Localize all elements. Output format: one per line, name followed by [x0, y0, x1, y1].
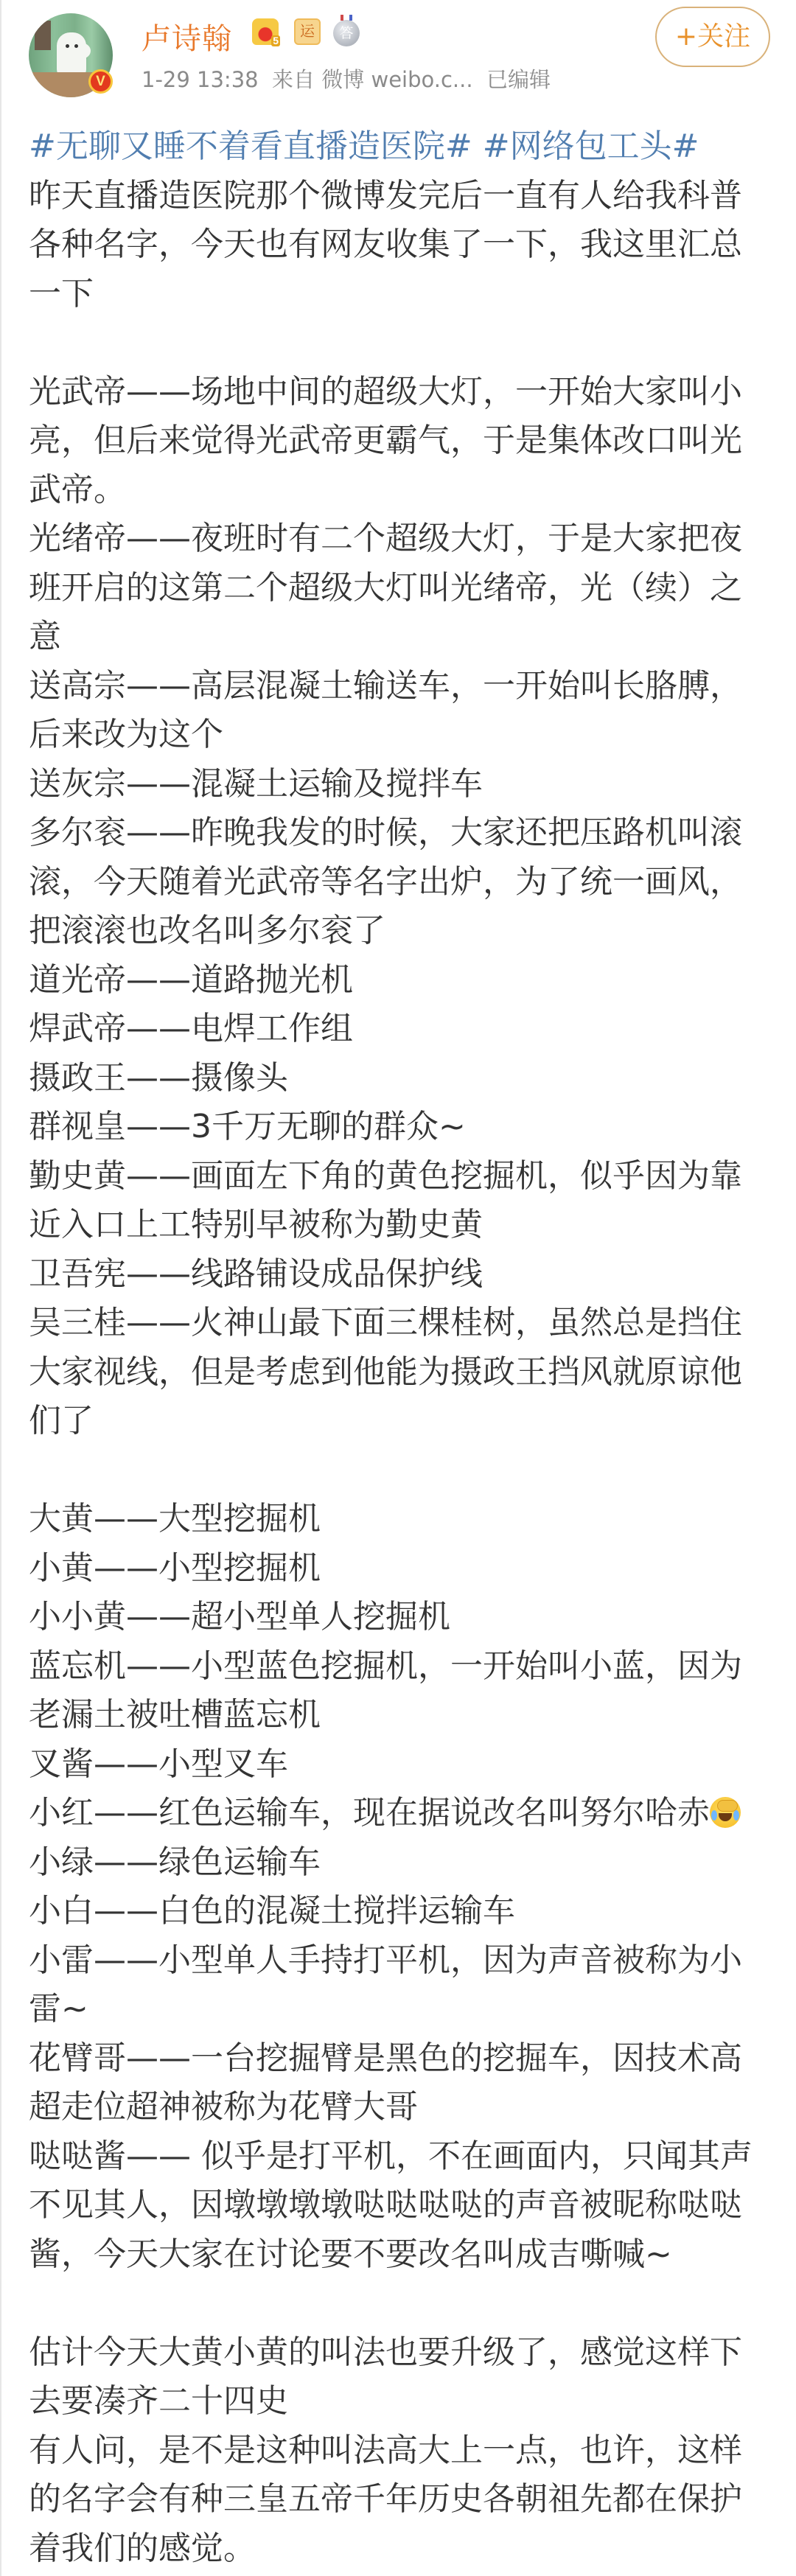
post-text-line: 近入口上工特别早被称为勤史黄 [29, 1201, 773, 1250]
follow-button[interactable]: +关注 [655, 7, 770, 67]
post-text: 意 [29, 618, 61, 655]
post-text: 群视皇——3千万无聊的群众~ [29, 1108, 466, 1145]
post-text: 多尔衮——昨晚我发的时候，大家还把压路机叫滚 [29, 814, 742, 851]
post-text-line: 估计今天大黄小黄的叫法也要升级了，感觉这样下 [29, 2328, 773, 2378]
post-content: #无聊又睡不着看直播造医院# #网络包工头# 昨天直播造医院那个微博发完后一直有… [29, 122, 773, 2573]
post-text-line: 道光帝——道路抛光机 [29, 956, 773, 1005]
post-body: 昨天直播造医院那个微博发完后一直有人给我科普各种名字，今天也有网友收集了一下，我… [29, 172, 773, 2574]
post-text: 大黄——大型挖掘机 [29, 1500, 321, 1537]
vip-crown-icon[interactable]: 5 [252, 18, 279, 45]
post-text-line: 卫吾宪——线路铺设成品保护线 [29, 1250, 773, 1299]
post-text: 送灰宗——混凝土运输及搅拌车 [29, 765, 483, 803]
post-text-line: 小雷——小型单人手持打平机，因为声音被称为小 [29, 1936, 773, 1986]
hashtag-link[interactable]: #无聊又睡不着看直播造医院# [29, 128, 472, 165]
medal-ribbon [341, 15, 352, 21]
post-text-line: 大黄——大型挖掘机 [29, 1495, 773, 1544]
post-text-line: 着我们的感觉。 [29, 2524, 773, 2574]
answer-medal-label: 答 [339, 25, 353, 41]
post-text: 昨天直播造医院那个微博发完后一直有人给我科普 [29, 177, 742, 214]
post-text: 卫吾宪——线路铺设成品保护线 [29, 1255, 483, 1293]
post-text: 把滚滚也改名叫多尔衮了 [29, 912, 385, 949]
post-text: 小白——白色的混凝土搅拌运输车 [29, 1892, 515, 1930]
author-name[interactable]: 卢诗翰 [142, 21, 232, 57]
post-text: 近入口上工特别早被称为勤史黄 [29, 1206, 483, 1243]
avatar-picture-frame [35, 21, 51, 50]
post-text: 小小黄——超小型单人挖掘机 [29, 1598, 450, 1636]
post-text-line: 花臂哥——一台挖掘臂是黑色的挖掘车，因技术高 [29, 2034, 773, 2084]
post-text-line: 光绪帝——夜班时有二个超级大灯，于是大家把夜 [29, 514, 773, 564]
edited-label[interactable]: 已编辑 [486, 67, 551, 92]
post-text-line: 光武帝——场地中间的超级大灯，一开始大家叫小 [29, 368, 773, 417]
post-text: 去要凑齐二十四史 [29, 2382, 288, 2420]
post-text-line: 吴三桂——火神山最下面三棵桂树，虽然总是挡住 [29, 1299, 773, 1348]
post-source[interactable]: 来自 微博 weibo.c... [272, 67, 473, 92]
post-text: 各种名字，今天也有网友收集了一下，我这里汇总 [29, 226, 742, 263]
blank-line [29, 318, 773, 368]
hashtag-line: #无聊又睡不着看直播造医院# #网络包工头# [29, 122, 773, 172]
post-text-line: 蓝忘机——小型蓝色挖掘机，一开始叫小蓝，因为 [29, 1642, 773, 1692]
post-text: 一下 [29, 275, 94, 313]
post-text-line: 后来改为这个 [29, 711, 773, 760]
post-text-line: 一下 [29, 270, 773, 319]
post-text-line: 小绿——绿色运输车 [29, 1838, 773, 1888]
post-text-line: 小黄——小型挖掘机 [29, 1544, 773, 1594]
post-text-line: 的名字会有种三皇五帝千年历史各朝祖先都在保护 [29, 2475, 773, 2524]
post-text: 道光帝——道路抛光机 [29, 961, 353, 999]
post-text-line: 去要凑齐二十四史 [29, 2377, 773, 2426]
post-text-line: 雷~ [29, 1985, 773, 2034]
post-text-line: 小红——红色运输车，现在据说改名叫努尔哈赤 [29, 1789, 773, 1838]
post-text-line: 班开启的这第二个超级大灯叫光绪帝，光（续）之 [29, 564, 773, 613]
post-text: 雷~ [29, 1990, 88, 2028]
blank-line [29, 2279, 773, 2328]
post-text: 老漏土被吐槽蓝忘机 [29, 1696, 321, 1734]
post-text-line: 酱，今天大家在讨论要不要改名叫成吉嘶喊~ [29, 2230, 773, 2280]
post-text-line: 昨天直播造医院那个微博发完后一直有人给我科普 [29, 172, 773, 221]
blank-line [29, 1446, 773, 1495]
answer-medal-icon[interactable]: 答 [333, 20, 360, 46]
post-text-line: 滚，今天随着光武帝等名字出炉，为了统一画风， [29, 858, 773, 907]
post-text: 的名字会有种三皇五帝千年历史各朝祖先都在保护 [29, 2480, 742, 2518]
post-text: 蓝忘机——小型蓝色挖掘机，一开始叫小蓝，因为 [29, 1647, 742, 1685]
post-text: 摄政王——摄像头 [29, 1059, 288, 1097]
post-text: 酱，今天大家在讨论要不要改名叫成吉嘶喊~ [29, 2235, 672, 2273]
post-text-line: 大家视线，但是考虑到他能为摄政王挡风就原谅他 [29, 1348, 773, 1397]
post-text-line: 各种名字，今天也有网友收集了一下，我这里汇总 [29, 220, 773, 270]
post-text-line: 亮，但后来觉得光武帝更霸气，于是集体改口叫光 [29, 416, 773, 466]
post-text: 小绿——绿色运输车 [29, 1843, 321, 1881]
laughing-crying-emoji-icon [710, 1797, 741, 1828]
post-text-line: 小小黄——超小型单人挖掘机 [29, 1593, 773, 1642]
post-text: 焊武帝——电焊工作组 [29, 1010, 353, 1047]
post-text: 光武帝——场地中间的超级大灯，一开始大家叫小 [29, 373, 742, 411]
post-text: 武帝。 [29, 471, 126, 509]
post-text: 吴三桂——火神山最下面三棵桂树，虽然总是挡住 [29, 1304, 742, 1341]
post-text-line: 小白——白色的混凝土搅拌运输车 [29, 1887, 773, 1936]
post-text-line: 送灰宗——混凝土运输及搅拌车 [29, 760, 773, 809]
post-text: 着我们的感觉。 [29, 2530, 256, 2567]
post-text: 滚，今天随着光武帝等名字出炉，为了统一画风， [29, 863, 742, 901]
post-text-line: 叉酱——小型叉车 [29, 1740, 773, 1790]
post-text: 超走位超神被称为花臂大哥 [29, 2088, 418, 2126]
post-text-line: 们了 [29, 1397, 773, 1446]
post-text: 勤史黄——画面左下角的黄色挖掘机，似乎因为靠 [29, 1157, 742, 1195]
post-text-line: 群视皇——3千万无聊的群众~ [29, 1103, 773, 1152]
post-header: V 卢诗翰 5 运 答 1-29 13:38 来自 微博 weibo.c... … [1, 0, 796, 111]
post-time: 1-29 13:38 [142, 67, 259, 92]
post-text-line: 多尔衮——昨晚我发的时候，大家还把压路机叫滚 [29, 809, 773, 858]
yun-badge-icon[interactable]: 运 [294, 18, 321, 45]
post-text: 估计今天大黄小黄的叫法也要升级了，感觉这样下 [29, 2334, 742, 2371]
avatar-eye [66, 44, 69, 48]
post-text: 们了 [29, 1402, 94, 1439]
emoji-tear [733, 1810, 739, 1821]
post-text-line: 老漏土被吐槽蓝忘机 [29, 1691, 773, 1740]
post-text: 哒哒酱—— 似乎是打平机，不在画面内，只闻其声 [29, 2137, 753, 2175]
post-text-line: 超走位超神被称为花臂大哥 [29, 2083, 773, 2132]
verified-v-icon: V [88, 69, 113, 94]
post-text: 光绪帝——夜班时有二个超级大灯，于是大家把夜 [29, 520, 742, 557]
post-text: 小雷——小型单人手持打平机，因为声音被称为小 [29, 1941, 742, 1979]
post-text: 花臂哥——一台挖掘臂是黑色的挖掘车，因技术高 [29, 2039, 742, 2077]
vip-level: 5 [271, 35, 280, 46]
post-text-line: 哒哒酱—— 似乎是打平机，不在画面内，只闻其声 [29, 2132, 773, 2182]
post-meta: 1-29 13:38 来自 微博 weibo.c... 已编辑 [142, 65, 551, 94]
post-text: 后来改为这个 [29, 716, 223, 753]
post-text: 小红——红色运输车，现在据说改名叫努尔哈赤 [29, 1794, 710, 1832]
post-text: 小黄——小型挖掘机 [29, 1549, 321, 1587]
post-text: 班开启的这第二个超级大灯叫光绪帝，光（续）之 [29, 569, 742, 607]
post-text-line: 意 [29, 612, 773, 662]
avatar-eye [74, 44, 78, 48]
hashtag-link[interactable]: #网络包工头# [483, 128, 699, 165]
post-text: 不见其人，因墩墩墩墩哒哒哒哒的声音被昵称哒哒 [29, 2186, 742, 2224]
post-text: 叉酱——小型叉车 [29, 1745, 288, 1783]
post-text-line: 把滚滚也改名叫多尔衮了 [29, 907, 773, 956]
emoji-mouth [719, 1813, 732, 1821]
post-text: 亮，但后来觉得光武帝更霸气，于是集体改口叫光 [29, 422, 742, 459]
post-text: 大家视线，但是考虑到他能为摄政王挡风就原谅他 [29, 1353, 742, 1391]
post-text-line: 武帝。 [29, 466, 773, 515]
post-text: 有人问，是不是这种叫法高大上一点，也许，这样 [29, 2432, 742, 2469]
post-text-line: 不见其人，因墩墩墩墩哒哒哒哒的声音被昵称哒哒 [29, 2181, 773, 2230]
post-text-line: 勤史黄——画面左下角的黄色挖掘机，似乎因为靠 [29, 1152, 773, 1201]
post-text: 送高宗——高层混凝土输送车，一开始叫长胳膊， [29, 667, 742, 705]
emoji-tear [711, 1810, 717, 1821]
post-text-line: 送高宗——高层混凝土输送车，一开始叫长胳膊， [29, 662, 773, 711]
post-text-line: 有人问，是不是这种叫法高大上一点，也许，这样 [29, 2426, 773, 2476]
post-text-line: 焊武帝——电焊工作组 [29, 1005, 773, 1054]
post-text-line: 摄政王——摄像头 [29, 1054, 773, 1103]
